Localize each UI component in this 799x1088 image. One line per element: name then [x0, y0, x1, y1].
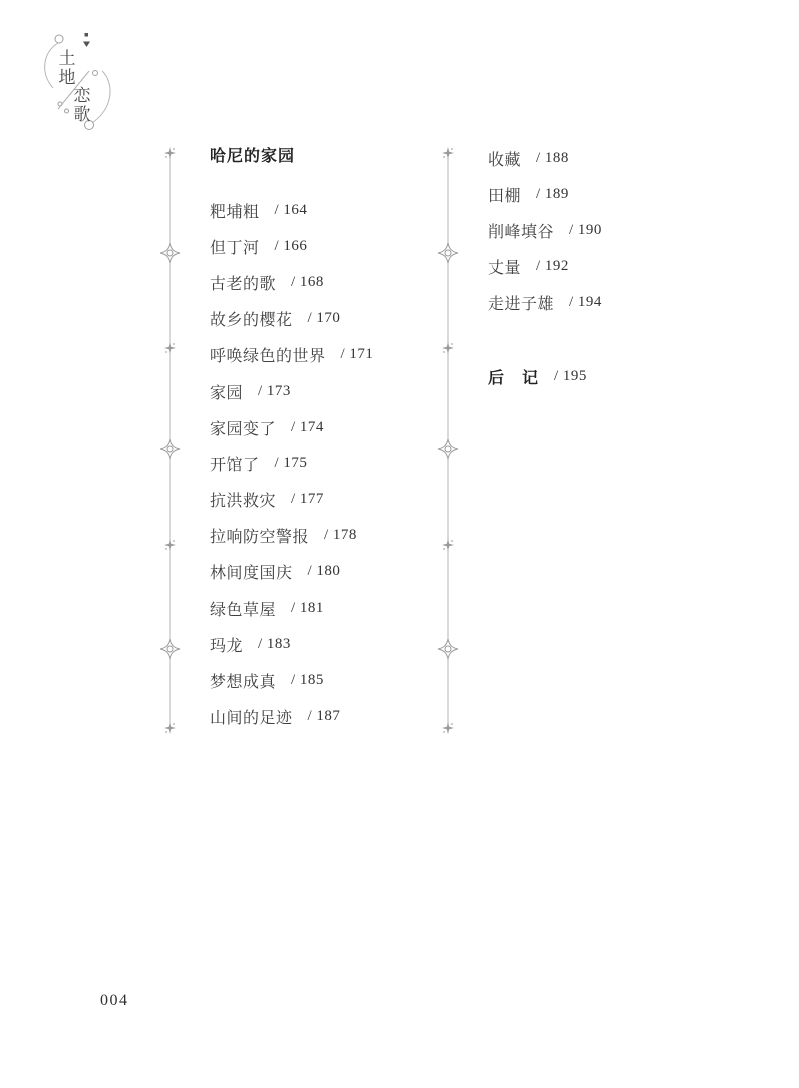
entry-title: 家园: [210, 380, 243, 403]
toc-entry: 田棚 / 189: [488, 176, 602, 212]
entry-title: 呼唤绿色的世界: [210, 343, 326, 366]
entry-title: 开馆了: [210, 452, 260, 475]
toc-entry: 但丁河 / 166: [210, 228, 373, 264]
rule-right-graphic: [436, 145, 460, 737]
entry-page-number: / 189: [536, 186, 569, 203]
entry-page-number: / 166: [275, 238, 308, 255]
entry-title: 古老的歌: [210, 271, 276, 294]
entry-page-number: / 174: [291, 419, 324, 436]
section-title: 哈尼的家园: [210, 147, 295, 167]
logo-ring-top: [55, 35, 63, 43]
decorative-rule-right: [436, 145, 460, 737]
toc-entry: 呼唤绿色的世界 / 171: [210, 337, 373, 373]
logo-char-2: 地: [59, 68, 76, 87]
decorative-rule-left: [158, 145, 182, 737]
toc-entry: 抗洪救灾 / 177: [210, 482, 373, 518]
toc-entry: 开馆了 / 175: [210, 445, 373, 481]
entry-title: 家园变了: [210, 416, 276, 439]
toc-entry: 故乡的樱花 / 170: [210, 301, 373, 337]
entry-title: 梦想成真: [210, 669, 276, 692]
entry-title: 削峰填谷: [488, 219, 554, 242]
diamond-ornament: [438, 639, 458, 659]
entry-page-number: / 175: [275, 455, 308, 472]
toc-entry: 绿色草屋 / 181: [210, 590, 373, 626]
book-logo: 土 地 恋 歌: [32, 14, 142, 139]
logo-triangle-icon: [83, 42, 90, 48]
entry-title: 玛龙: [210, 633, 243, 656]
sparkle-ornament: [164, 147, 176, 159]
entry-title: 丈量: [488, 255, 521, 278]
entry-page-number: / 171: [341, 346, 374, 363]
page-number: 004: [100, 992, 129, 1010]
toc-entry: 山间的足迹 / 187: [210, 699, 373, 735]
toc-entry: 粑埔粗 / 164: [210, 192, 373, 228]
entry-page-number: / 188: [536, 150, 569, 167]
afterword-page-number: / 195: [554, 368, 587, 385]
logo-square-icon: [85, 33, 89, 37]
entry-page-number: / 177: [291, 491, 324, 508]
afterword-entry: 后 记 / 195: [488, 363, 587, 389]
entry-title: 粑埔粗: [210, 199, 260, 222]
toc-entry: 古老的歌 / 168: [210, 264, 373, 300]
diamond-ornament: [438, 243, 458, 263]
toc-entry: 家园变了 / 174: [210, 409, 373, 445]
entry-page-number: / 181: [291, 600, 324, 617]
entry-title: 但丁河: [210, 235, 260, 258]
entry-page-number: / 183: [258, 636, 291, 653]
diamond-ornament: [438, 439, 458, 459]
entry-title: 田棚: [488, 183, 521, 206]
toc-entry: 林间度国庆 / 180: [210, 554, 373, 590]
entry-title: 山间的足迹: [210, 705, 293, 728]
entry-page-number: / 187: [308, 708, 341, 725]
sparkle-ornament: [442, 722, 454, 734]
entry-page-number: / 190: [569, 222, 602, 239]
diamond-ornament: [160, 243, 180, 263]
sparkle-ornament: [442, 342, 454, 354]
diamond-ornament: [160, 439, 180, 459]
toc-entry: 拉响防空警报 / 178: [210, 518, 373, 554]
entry-title: 抗洪救灾: [210, 488, 276, 511]
entry-page-number: / 164: [275, 202, 308, 219]
entry-page-number: / 178: [324, 527, 357, 544]
entry-page-number: / 168: [291, 274, 324, 291]
logo-char-1: 土: [59, 49, 76, 68]
logo-ring-mid: [93, 71, 98, 76]
entry-page-number: / 192: [536, 258, 569, 275]
rule-left-graphic: [158, 145, 182, 737]
toc-entry: 玛龙 / 183: [210, 626, 373, 662]
entry-title: 拉响防空警报: [210, 524, 309, 547]
logo-char-3: 恋: [74, 86, 92, 105]
sparkle-ornament: [164, 539, 176, 551]
entry-page-number: / 180: [308, 563, 341, 580]
diamond-ornament: [160, 639, 180, 659]
entry-title: 故乡的樱花: [210, 307, 293, 330]
toc-list-right: 收藏 / 188 田棚 / 189 削峰填谷 / 190 丈量 / 192 走进…: [488, 140, 602, 321]
toc-entry: 梦想成真 / 185: [210, 662, 373, 698]
entry-page-number: / 170: [308, 310, 341, 327]
entry-title: 收藏: [488, 147, 521, 170]
afterword-title: 后 记: [488, 365, 539, 388]
entry-page-number: / 185: [291, 672, 324, 689]
logo-char-4: 歌: [74, 105, 91, 124]
logo-ring-small-b: [65, 109, 69, 113]
entry-title: 绿色草屋: [210, 597, 276, 620]
toc-entry: 削峰填谷 / 190: [488, 212, 602, 248]
toc-list-left: 粑埔粗 / 164 但丁河 / 166 古老的歌 / 168 故乡的樱花 / 1…: [210, 192, 373, 735]
toc-entry: 收藏 / 188: [488, 140, 602, 176]
toc-entry: 丈量 / 192: [488, 249, 602, 285]
sparkle-ornament: [164, 722, 176, 734]
logo-ornament-graphic: 土 地 恋 歌: [32, 14, 142, 139]
sparkle-ornament: [442, 147, 454, 159]
sparkle-ornament: [442, 539, 454, 551]
logo-left-arc: [45, 43, 58, 88]
entry-page-number: / 173: [258, 383, 291, 400]
entry-title: 林间度国庆: [210, 560, 293, 583]
entry-title: 走进子雄: [488, 291, 554, 314]
entry-page-number: / 194: [569, 294, 602, 311]
toc-entry: 家园 / 173: [210, 373, 373, 409]
logo-right-arc: [89, 71, 110, 125]
sparkle-ornament: [164, 342, 176, 354]
toc-entry: 走进子雄 / 194: [488, 285, 602, 321]
book-toc-page: 土 地 恋 歌: [0, 0, 799, 1088]
